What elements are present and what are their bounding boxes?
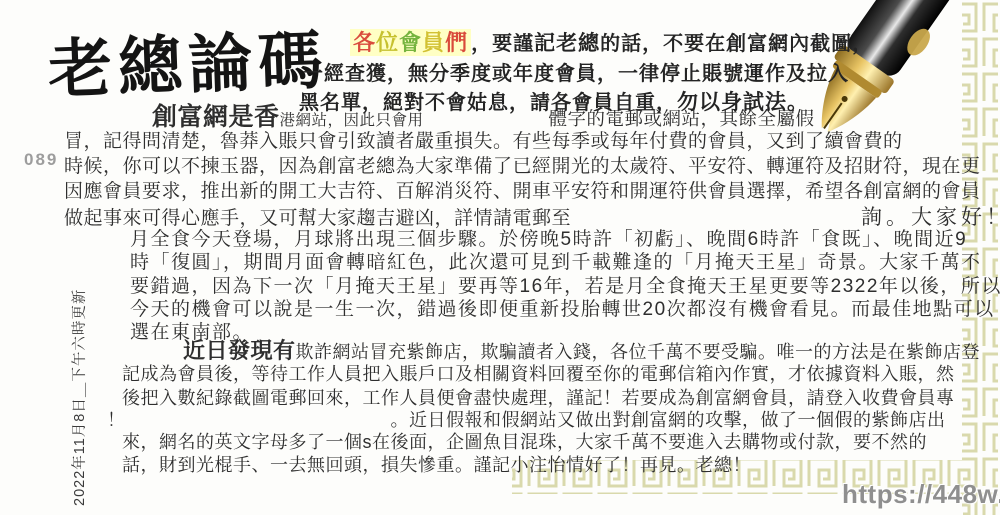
notice-line-1: 各位會員們，要謹記老總的話，不要在創富網內截圖， [350,26,873,57]
page-container: 老總論碼 089 各位會員們，要謹記老總的話，不要在創富網內截圖， 一經查獲，無… [0,0,1000,515]
body-line: 冒，記得問清楚，魯莽入賬只會引致讀者嚴重損失。有些每季或每年付費的會員，又到了續… [64,126,903,153]
highlight-char: 位 [376,30,399,55]
page-title: 老總論碼 [46,9,329,111]
watermark-url: https://448w.com [842,479,1000,510]
censored-blank [126,425,391,426]
censored-blank [424,124,549,125]
body-text: 。近日假報和假網站又做出對創富網的攻擊，做了一個假的紫飾店出 [391,410,946,430]
notice-line-2: 一經查獲，無分季度或年度會員，一律停止賬號運作及拉入 [303,57,849,86]
body-line: 時候，你可以不揀玉器，因為創富老總為大家準備了已經開光的太歲符、平安符、轉運符及… [64,151,981,178]
highlight-char: 會 [399,30,422,55]
body-text: 欺詐網站冒充紫飾店，欺騙讀者入錢，各位千萬不要受騙。唯一的方法是在紫飾店登 [296,342,981,362]
highlight-char: 員 [422,30,445,55]
notice-text-bold: 記老總 [534,32,600,55]
body-line: 今天的機會可以說是一生一次，錯過後即便重新投胎轉世20次都沒有機會看見。而最佳地… [130,294,995,321]
member-highlight: 各位會員們 [350,29,471,56]
body-line: 時「復圓」，期間月面會轉暗紅色，此次還可見到千載難逢的「月掩天王星」奇景。大家千… [130,247,982,274]
body-line: 因應會員要求，推出新的開工大吉符、百解消災符、開車平安符和開運符供會員選擇，希望… [64,176,981,203]
highlight-char: 們 [445,30,468,55]
body-line: 記成為會員後，等待工作人員把入賬戶口及相關資料回覆至你的電郵信箱內作實，才依據資… [122,360,955,386]
notice-text: 的話，不要在創富網內截圖， [600,33,873,55]
vertical-date-note: 2022年11月8日＿下午六時更新 [68,289,89,506]
body-line: 話，財到光棍手、一去無回頭，損失慘重。謹記小注怡情好了！再見。老總！ [122,451,751,477]
notice-text: ，要謹 [471,33,534,55]
highlight-char: 各 [353,30,376,55]
issue-number: 089 [24,150,58,170]
body-text: ！ [107,410,126,430]
